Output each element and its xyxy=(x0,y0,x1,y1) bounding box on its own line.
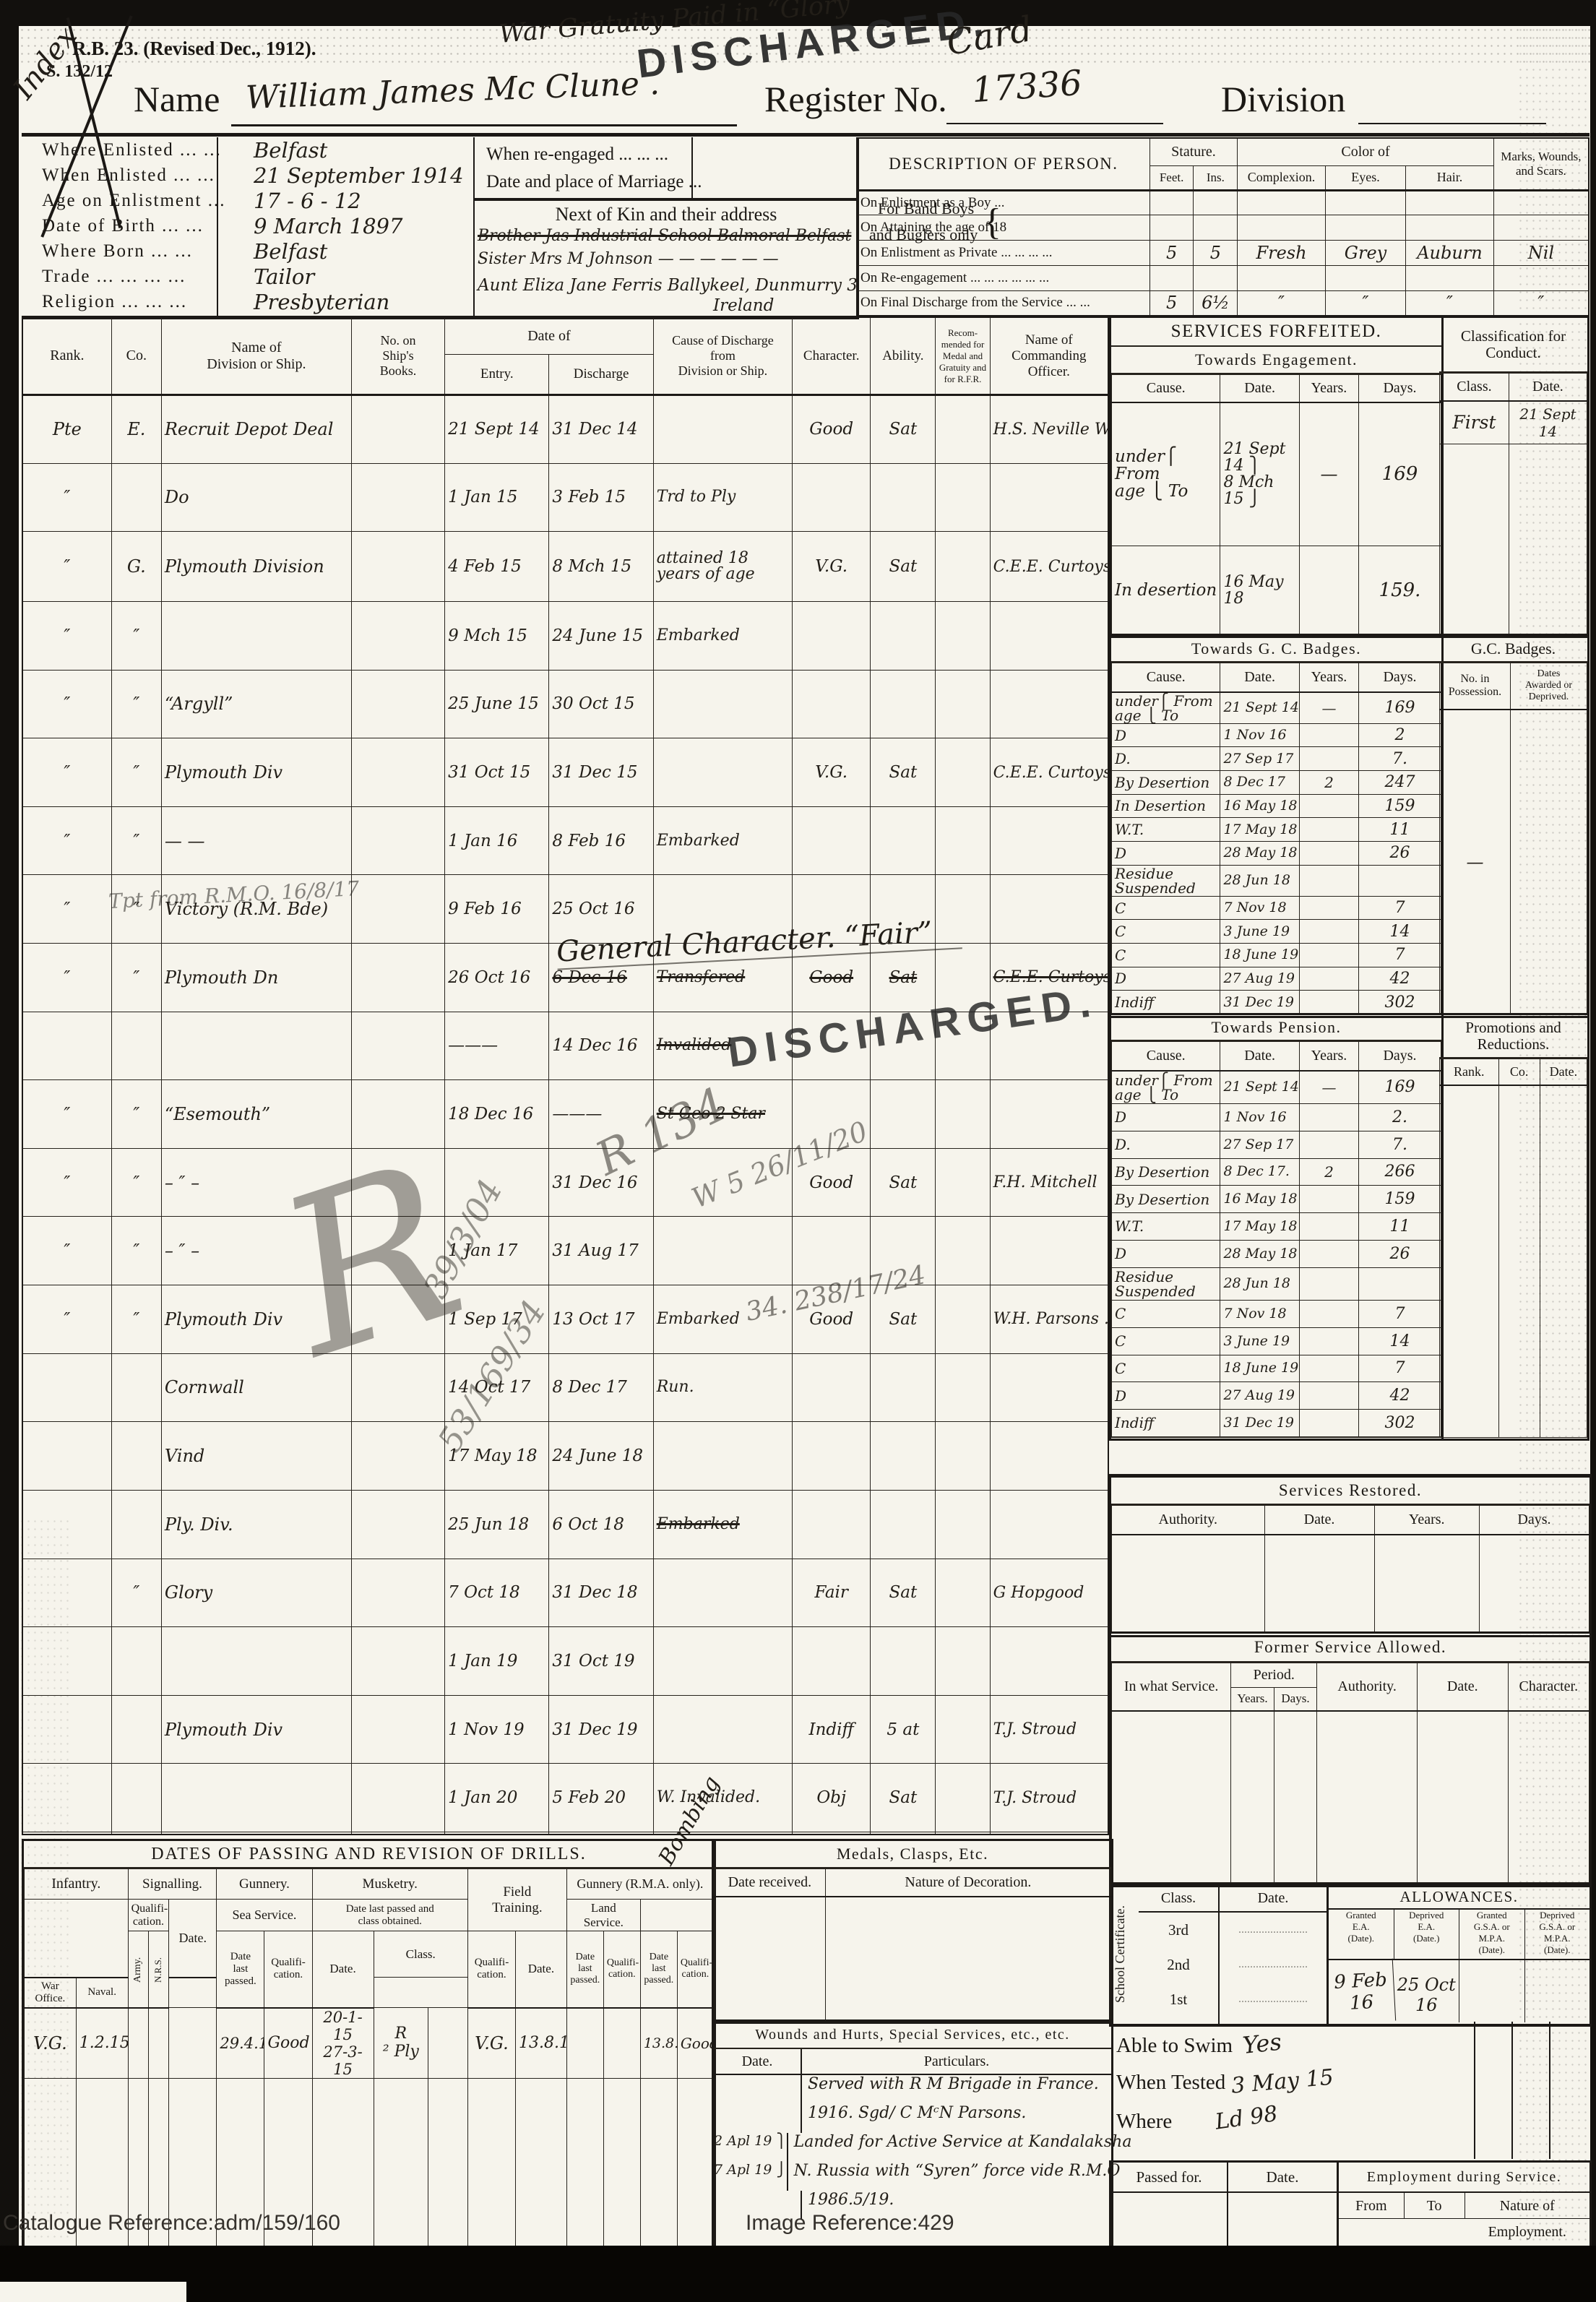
former-service-title: Former Service Allowed. xyxy=(1111,1634,1589,1663)
able-to-swim-label: Able to Swim xyxy=(1116,2034,1233,2058)
gc-badges-row: C 18 June 19 7 xyxy=(1112,943,1441,967)
description-title: DESCRIPTION OF PERSON. xyxy=(857,138,1149,190)
class-value: First xyxy=(1440,401,1509,444)
employment-title: Employment during Service. xyxy=(1339,2163,1589,2193)
rank-cell: ″ xyxy=(22,463,111,532)
ins-header: Ins. xyxy=(1194,165,1238,190)
character-cell xyxy=(793,1422,871,1491)
badges-date: 18 June 19 xyxy=(1220,943,1299,967)
recommended-cell xyxy=(936,1148,990,1217)
discharge-cell: 14 Dec 16 xyxy=(549,1012,653,1080)
ship-cell xyxy=(161,1012,351,1080)
gc-badges-possession-block: G.C. Badges. No. in Possession. Dates Aw… xyxy=(1439,634,1589,1018)
badges-years xyxy=(1299,943,1358,967)
promotions-title: Promotions and Reductions. xyxy=(1439,1015,1587,1059)
character-text: V.G. xyxy=(815,763,847,782)
officer-cell: F.H. Mitchell xyxy=(990,1148,1108,1217)
badges-date: 27 Aug 19 xyxy=(1220,967,1299,991)
co-cell: ″ xyxy=(111,1217,161,1285)
former-service-block: Former Service Allowed. In what Service.… xyxy=(1109,1631,1592,1887)
cause-cell xyxy=(653,1627,792,1696)
eyes-value xyxy=(1325,265,1405,290)
enlistment-row: Religion ... ... ... Presbyterian xyxy=(22,289,473,314)
entry-cell: 1 Jan 19 xyxy=(445,1627,549,1696)
enlistment-row: Age on Enlistment ... 17 - 6 - 12 xyxy=(22,188,473,213)
gc-badges-row: C 3 June 19 14 xyxy=(1112,920,1441,944)
ability-cell xyxy=(871,1353,936,1422)
discharge-cell: 31 Dec 14 xyxy=(549,395,653,464)
rma-date-value-2: 13.8.18 xyxy=(640,2008,677,2079)
ins-value xyxy=(1194,215,1238,241)
restored-authority-header: Authority. xyxy=(1112,1506,1265,1535)
ability-text: 5 at xyxy=(887,1720,919,1739)
enlistment-row: Where Born ... ... Belfast xyxy=(22,238,473,264)
marks-value xyxy=(1493,265,1589,290)
cause-cell: Embarked xyxy=(653,1490,792,1559)
gc-badges-row: By Desertion 8 Dec 17 2 247 xyxy=(1112,770,1441,794)
complexion-value xyxy=(1238,190,1326,215)
cause-cell xyxy=(653,1217,792,1285)
service-history-row: ″ ″ Plymouth Div 31 Oct 15 31 Dec 15 V.G… xyxy=(22,738,1108,807)
cause-text: Invalided xyxy=(657,1036,732,1054)
drills-block: DATES OF PASSING AND REVISION OF DRILLS.… xyxy=(22,1839,716,2250)
ship-cell: “Esemouth” xyxy=(161,1080,351,1149)
ship-text: Ply. Div. xyxy=(165,1514,233,1535)
pension-row: Indiff 31 Dec 19 302 xyxy=(1112,1410,1441,1437)
wounds-date-header: Date. xyxy=(714,2049,802,2074)
badges-date: 7 Nov 18 xyxy=(1220,896,1299,920)
rank-cell xyxy=(22,1422,111,1491)
pension-days: 26 xyxy=(1358,1240,1441,1267)
pension-row: C 7 Nov 18 7 xyxy=(1112,1301,1441,1328)
books-cell xyxy=(351,806,444,875)
sea-date-value: 29.4.15 xyxy=(217,2008,264,2079)
badges-years xyxy=(1299,896,1358,920)
wounds-row: 7 Apl 19 ⎭ N. Russia with “Syren” force … xyxy=(714,2162,1111,2191)
gc-badges-row: W.T. 17 May 18 11 xyxy=(1112,818,1441,842)
service-history-row: Cornwall 14 Oct 17 8 Dec 17 Run. xyxy=(22,1353,1108,1422)
pension-days: 11 xyxy=(1358,1213,1441,1241)
character-cell xyxy=(793,1490,871,1559)
co-cell xyxy=(111,1353,161,1422)
pension-date: 31 Dec 19 xyxy=(1220,1410,1299,1437)
pension-days: 302 xyxy=(1358,1410,1441,1437)
officer-cell xyxy=(990,1422,1108,1491)
badges-days: 169 xyxy=(1358,692,1441,724)
in-what-service-header: In what Service. xyxy=(1112,1663,1231,1711)
books-cell xyxy=(351,738,444,807)
badges-years xyxy=(1299,991,1358,1014)
rma-date-value-1 xyxy=(566,2008,603,2079)
division-label: Division xyxy=(1221,78,1345,120)
co-cell xyxy=(111,1012,161,1080)
ship-text: – ″ – xyxy=(165,1241,199,1261)
ft-qual-value: V.G. xyxy=(467,2008,515,2079)
character-cell xyxy=(793,601,871,670)
ability-cell xyxy=(871,1422,936,1491)
signalling-group-header: Signalling. xyxy=(128,1869,217,1900)
cause-text: Transfered xyxy=(657,968,746,986)
former-character-header: Character. xyxy=(1508,1663,1589,1711)
granted-ea-header: Granted E.A. (Date). xyxy=(1329,1910,1394,1959)
discharge-text: 8 Mch 15 xyxy=(552,557,631,576)
where-label: Where xyxy=(1116,2110,1172,2134)
books-cell xyxy=(351,463,444,532)
pension-years xyxy=(1299,1355,1358,1382)
when-tested-label: When Tested xyxy=(1116,2071,1225,2095)
officer-cell xyxy=(990,601,1108,670)
service-history-row: Vind 17 May 18 24 June 18 xyxy=(22,1422,1108,1491)
officer-cell xyxy=(990,670,1108,738)
discharge-text: 13 Oct 17 xyxy=(552,1310,634,1329)
class-date-value: 21 Sept 14 xyxy=(1509,401,1587,444)
discharge-cell: 24 June 15 xyxy=(549,601,653,670)
ship-cell: Plymouth Dn xyxy=(161,944,351,1012)
badges-cause: By Desertion xyxy=(1112,770,1220,794)
rank-cell: ″ xyxy=(22,1285,111,1354)
rma-last-passed-header-2: Date last passed. xyxy=(640,1931,677,2008)
ship-text: Plymouth Div xyxy=(165,1720,282,1740)
badges-cause: Indiff xyxy=(1112,991,1220,1014)
pension-cause: By Desertion xyxy=(1112,1158,1220,1186)
pension-years xyxy=(1299,1410,1358,1437)
rank-cell: ″ xyxy=(22,738,111,807)
co-header: Co. xyxy=(111,317,161,395)
discharge-cell: 3 Feb 15 xyxy=(549,463,653,532)
allowances-headers: Granted E.A. (Date). Deprived E.A. (Date… xyxy=(1329,1910,1589,1960)
feet-value: 5 xyxy=(1149,290,1194,316)
co-cell xyxy=(111,463,161,532)
pension-filler xyxy=(1112,1436,1441,1437)
ship-cell: Glory xyxy=(161,1559,351,1627)
service-history-row: ″ G. Plymouth Division 4 Feb 15 8 Mch 15… xyxy=(22,532,1108,602)
ship-cell: Plymouth Division xyxy=(161,532,351,602)
granted-gsa-header: Granted G.S.A. or M.P.A. (Date). xyxy=(1459,1910,1525,1959)
badges-cause: C xyxy=(1112,920,1220,944)
books-cell xyxy=(351,1559,444,1627)
ability-text: Sat xyxy=(889,1310,918,1329)
badges-date: 3 June 19 xyxy=(1220,920,1299,944)
enlistment-label: Religion ... ... ... xyxy=(22,292,241,312)
books-cell xyxy=(351,601,444,670)
rank-cell xyxy=(22,1353,111,1422)
ability-cell: Sat xyxy=(871,738,936,807)
co-cell: ″ xyxy=(111,1148,161,1217)
pension-rows: under⎧ From age ⎩ To 21 Sept 14 ⎫ 8 Mch … xyxy=(1112,1071,1441,1437)
recommended-cell xyxy=(936,738,990,807)
color-of-header: Color of xyxy=(1238,138,1494,165)
ability-text: Sat xyxy=(889,1583,918,1602)
gunnery-group-header: Gunnery. xyxy=(217,1869,312,1900)
entry-cell: 18 Dec 16 xyxy=(445,1080,549,1149)
entry-cell: 26 Oct 16 xyxy=(445,944,549,1012)
rank-cell xyxy=(22,1559,111,1627)
enlistment-label: Where Born ... ... xyxy=(22,241,241,262)
recommended-cell xyxy=(936,1695,990,1764)
enlistment-row: Where Enlisted ... ... Belfast xyxy=(22,137,473,163)
gc-badges-row: In Desertion 16 May 18 159 xyxy=(1112,794,1441,818)
gc-badges-row: D. 27 Sep 17 7. xyxy=(1112,747,1441,771)
pension-cause-header: Cause. xyxy=(1112,1042,1220,1071)
form-number: R.B. 23. (Revised Dec., 1912). xyxy=(72,38,316,60)
pension-date: 27 Aug 19 xyxy=(1220,1382,1299,1410)
sea-service-header: Sea Service. xyxy=(217,1900,312,1931)
pension-cause: Indiff xyxy=(1112,1410,1220,1437)
employment-box: Employment during Service. From To Natur… xyxy=(1339,2163,1589,2248)
badges-days: 26 xyxy=(1358,841,1441,865)
character-text: Good xyxy=(809,968,853,987)
officer-text: H.S. Neville White xyxy=(993,421,1108,439)
classification-filler xyxy=(1440,444,1587,635)
co-cell xyxy=(111,1764,161,1832)
ability-cell xyxy=(871,601,936,670)
badges-days: 11 xyxy=(1358,818,1441,842)
discharge-text: 6 Oct 18 xyxy=(552,1515,624,1534)
entry-cell: 31 Oct 15 xyxy=(445,738,549,807)
badges-date: 21 Sept 14 ⎫ 8 Mch 15 ⎭ xyxy=(1220,692,1299,724)
service-history-table: Rank. Co. Name of Division or Ship. No. … xyxy=(22,316,1109,1835)
signalling-date-value xyxy=(169,2008,217,2079)
towards-engagement-title: Towards Engagement. xyxy=(1111,347,1441,374)
badges-years xyxy=(1299,794,1358,818)
ability-cell xyxy=(871,1627,936,1696)
co-cell: ″ xyxy=(111,806,161,875)
recommended-cell xyxy=(936,1490,990,1559)
rank-cell: Pte xyxy=(22,395,111,464)
pension-row: Residue Suspended 28 Jun 18 xyxy=(1112,1267,1441,1301)
deprived-gsa-header: Deprived G.S.A. or M.P.A. (Date). xyxy=(1525,1910,1590,1959)
officer-text: C.E.E. Curtoys. xyxy=(993,764,1108,782)
badges-years: — xyxy=(1299,692,1358,724)
service-history-filler-row xyxy=(22,1832,1108,1835)
infantry-group-header: Infantry. xyxy=(25,1869,129,1900)
recommended-cell xyxy=(936,1422,990,1491)
possession-header: No. in Possession. xyxy=(1440,663,1511,710)
drills-values-row: V.G. 1.2.15 29.4.15 Good 20-1-15 27-3-15… xyxy=(25,2008,714,2079)
pension-date: 27 Sep 17 xyxy=(1220,1131,1299,1158)
sea-qual-header: Qualifi- cation. xyxy=(264,1931,312,2008)
co-cell xyxy=(111,1422,161,1491)
badges-date: 17 May 18 xyxy=(1220,818,1299,842)
infantry-date-value: 1.2.15 xyxy=(76,2008,128,2079)
books-cell xyxy=(351,944,444,1012)
ship-cell: Vind xyxy=(161,1422,351,1491)
wounds-text: Served with R M Brigade in France. xyxy=(802,2075,1111,2104)
bottom-black-band xyxy=(0,2246,1596,2302)
recommended-cell xyxy=(936,1764,990,1832)
rma-qual-value-2: Good xyxy=(677,2008,713,2079)
co-cell: ″ xyxy=(111,1080,161,1149)
badges-days: 7 xyxy=(1358,943,1441,967)
sea-qual-value: Good xyxy=(264,2008,312,2079)
rma-last-passed-header-1: Date last passed. xyxy=(566,1931,603,2008)
ft-date-value: 13.8.18 xyxy=(516,2008,567,2079)
rank-cell xyxy=(22,1764,111,1832)
bottom-white-notch xyxy=(0,2282,186,2302)
discharge-cell: 31 Dec 15 xyxy=(549,738,653,807)
service-history-row: ″ Glory 7 Oct 18 31 Dec 18 Fair Sat G Ho… xyxy=(22,1559,1108,1627)
eyes-value xyxy=(1325,190,1405,215)
officer-text: G Hopgood xyxy=(993,1584,1084,1602)
co-cell: ″ xyxy=(111,601,161,670)
rank-cell: ″ xyxy=(22,670,111,738)
granted-gsa-value xyxy=(1459,1960,1525,2022)
pension-days xyxy=(1358,1267,1441,1301)
ability-cell xyxy=(871,1490,936,1559)
hair-header: Hair. xyxy=(1406,165,1494,190)
able-to-swim-value: Yes xyxy=(1231,2028,1282,2061)
co-cell: G. xyxy=(111,532,161,602)
rank-cell: ″ xyxy=(22,806,111,875)
field-training-group-header: Field Training. xyxy=(467,1869,566,1931)
register-no-value: 17336 xyxy=(970,63,1083,111)
ability-text: Sat xyxy=(889,763,918,782)
marks-value xyxy=(1493,215,1589,241)
signalling-date-header: Date. xyxy=(169,1900,217,1978)
pension-row: W.T. 17 May 18 11 xyxy=(1112,1213,1441,1241)
pension-row: By Desertion 16 May 18 159 xyxy=(1112,1186,1441,1213)
enlistment-value: Presbyterian xyxy=(241,290,389,314)
pension-years xyxy=(1299,1327,1358,1355)
stature-header: Stature. xyxy=(1149,138,1238,165)
pension-date: 17 May 18 xyxy=(1220,1213,1299,1241)
enlistment-rows: Where Enlisted ... ... Belfast When Enli… xyxy=(22,137,473,314)
pension-years xyxy=(1299,1301,1358,1328)
pension-row: D 28 May 18 26 xyxy=(1112,1240,1441,1267)
deprived-gsa-value xyxy=(1525,1960,1590,2022)
ability-cell xyxy=(871,806,936,875)
character-cell xyxy=(793,463,871,532)
badges-cause-header: Cause. xyxy=(1112,663,1220,692)
cause-cell xyxy=(653,1559,792,1627)
cause-text: Embarked xyxy=(657,1310,740,1328)
employment-from-header: From xyxy=(1339,2193,1405,2219)
cause-cell: Embarked xyxy=(653,601,792,670)
badges-cause: C xyxy=(1112,943,1220,967)
recommended-cell xyxy=(936,1353,990,1422)
discharge-text: 5 Feb 20 xyxy=(552,1788,626,1807)
engagement-cause: under⎧ From age ⎩ To xyxy=(1112,402,1220,546)
entry-cell: 21 Sept 14 xyxy=(445,395,549,464)
ability-cell xyxy=(871,1080,936,1149)
service-history-row: ″ ″ “Argyll” 25 June 15 30 Oct 15 xyxy=(22,670,1108,738)
pension-years xyxy=(1299,1104,1358,1131)
enlistment-value: 9 March 1897 xyxy=(241,214,402,238)
pension-date: 21 Sept 14 ⎫ 8 Mch 15 ⎭ xyxy=(1220,1071,1299,1104)
discharge-text: 31 Dec 15 xyxy=(552,763,637,782)
when-tested-row: When Tested 3 May 15 xyxy=(1116,2069,1463,2108)
character-cell xyxy=(793,1353,871,1422)
school-date-dots-2: ........................ xyxy=(1220,1947,1327,1982)
gc-badges-row: D 1 Nov 16 2 xyxy=(1112,723,1441,747)
recommended-cell xyxy=(936,670,990,738)
description-row-label: On Final Discharge from the Service ... … xyxy=(857,290,1149,316)
badges-cause: D xyxy=(1112,723,1220,747)
medals-date-header: Date received. xyxy=(715,1869,826,1897)
enlistment-value: 17 - 6 - 12 xyxy=(241,189,361,213)
recommended-cell xyxy=(936,1559,990,1627)
ability-text: Sat xyxy=(889,557,918,576)
marks-header: Marks, Wounds, and Scars. xyxy=(1493,138,1589,190)
feet-value xyxy=(1149,215,1194,241)
ft-qual-header: Qualifi- cation. xyxy=(467,1931,515,2008)
gc-badges-row: C 7 Nov 18 7 xyxy=(1112,896,1441,920)
engagement-years: — xyxy=(1299,402,1358,546)
school-class-header: Class. xyxy=(1139,1885,1218,1913)
where-row: Where Ld 98 xyxy=(1116,2108,1463,2147)
eyes-value: Grey xyxy=(1325,241,1405,266)
pension-title: Towards Pension. xyxy=(1111,1015,1441,1041)
cause-header: Cause of Discharge from Division or Ship… xyxy=(653,317,792,395)
books-cell xyxy=(351,1490,444,1559)
character-cell: Fair xyxy=(793,1559,871,1627)
band-boys-label-1: For Band Boys xyxy=(878,199,974,218)
hair-value: Auburn xyxy=(1406,241,1494,266)
ship-cell: Do xyxy=(161,463,351,532)
rank-cell: ″ xyxy=(22,944,111,1012)
co-cell: ″ xyxy=(111,670,161,738)
school-date-column: Date. ........................ .........… xyxy=(1220,1885,1329,2024)
discharge-text: 8 Feb 16 xyxy=(552,832,626,850)
commanding-officer-header: Name of Commanding Officer. xyxy=(990,317,1108,395)
officer-cell: T.J. Stroud xyxy=(990,1764,1108,1832)
co-cell: E. xyxy=(111,395,161,464)
discharge-text: 31 Dec 14 xyxy=(552,420,637,439)
gc-badges-row: D 28 May 18 26 xyxy=(1112,841,1441,865)
service-history-row: ″ ″ – ″ – 31 Dec 16 Good Sat F.H. Mitche… xyxy=(22,1148,1108,1217)
badges-cause: D xyxy=(1112,967,1220,991)
header-rule xyxy=(22,133,1589,137)
forfeited-title: SERVICES FORFEITED. xyxy=(1111,318,1441,347)
engagement-date: 21 Sept 14 ⎫ 8 Mch 15 ⎭ xyxy=(1220,402,1299,546)
employment-headers: From To Nature of Employment. xyxy=(1339,2193,1589,2219)
pension-years: 2 xyxy=(1299,1158,1358,1186)
entry-cell: 4 Feb 15 xyxy=(445,532,549,602)
feet-value: 5 xyxy=(1149,241,1194,266)
swim-block: Able to Swim Yes When Tested 3 May 15 Wh… xyxy=(1116,2030,1463,2160)
badges-cause: under⎧ From age ⎩ To xyxy=(1112,692,1220,724)
gc-badges-row: Indiff 31 Dec 19 302 xyxy=(1112,991,1441,1014)
swim-col-line-1 xyxy=(1474,2022,1475,2159)
officer-cell: C.E.E. Curtoys xyxy=(990,532,1108,602)
wounds-row: Served with R M Brigade in France. xyxy=(714,2075,1111,2104)
officer-text: F.H. Mitchell xyxy=(993,1173,1097,1191)
cause-cell xyxy=(653,1422,792,1491)
enlistment-label: When Enlisted ... ... xyxy=(22,165,241,186)
school-class-column: Class. 3rd 2nd 1st xyxy=(1139,1885,1220,2024)
cause-cell: attained 18 years of age xyxy=(653,532,792,602)
discharge-text: ——— xyxy=(552,1105,602,1124)
cause-cell: Trd to Ply xyxy=(653,463,792,532)
pension-years xyxy=(1299,1213,1358,1241)
entry-cell: 1 Nov 19 xyxy=(445,1695,549,1764)
granted-ea-value: 9 Feb 16 xyxy=(1327,1959,1396,2025)
entry-cell: 1 Jan 20 xyxy=(445,1764,549,1832)
ability-cell: 5 at xyxy=(871,1695,936,1764)
gc-badges-box-title: G.C. Badges. xyxy=(1439,637,1587,663)
officer-cell: T.J. Stroud xyxy=(990,1695,1108,1764)
officer-cell xyxy=(990,1080,1108,1149)
band-boys-label-2: and Buglers only xyxy=(869,225,978,244)
badges-date: 27 Sep 17 xyxy=(1220,747,1299,771)
badges-days: 302 xyxy=(1358,991,1441,1014)
pension-date: 1 Nov 16 xyxy=(1220,1104,1299,1131)
re-engaged-label: When re-engaged ... ... ... xyxy=(486,145,668,165)
ship-cell: “Argyll” xyxy=(161,670,351,738)
pension-days: 42 xyxy=(1358,1382,1441,1410)
promotions-block: Promotions and Reductions. Rank. Co. Dat… xyxy=(1439,1013,1589,1441)
discharge-cell: 31 Aug 17 xyxy=(549,1217,653,1285)
